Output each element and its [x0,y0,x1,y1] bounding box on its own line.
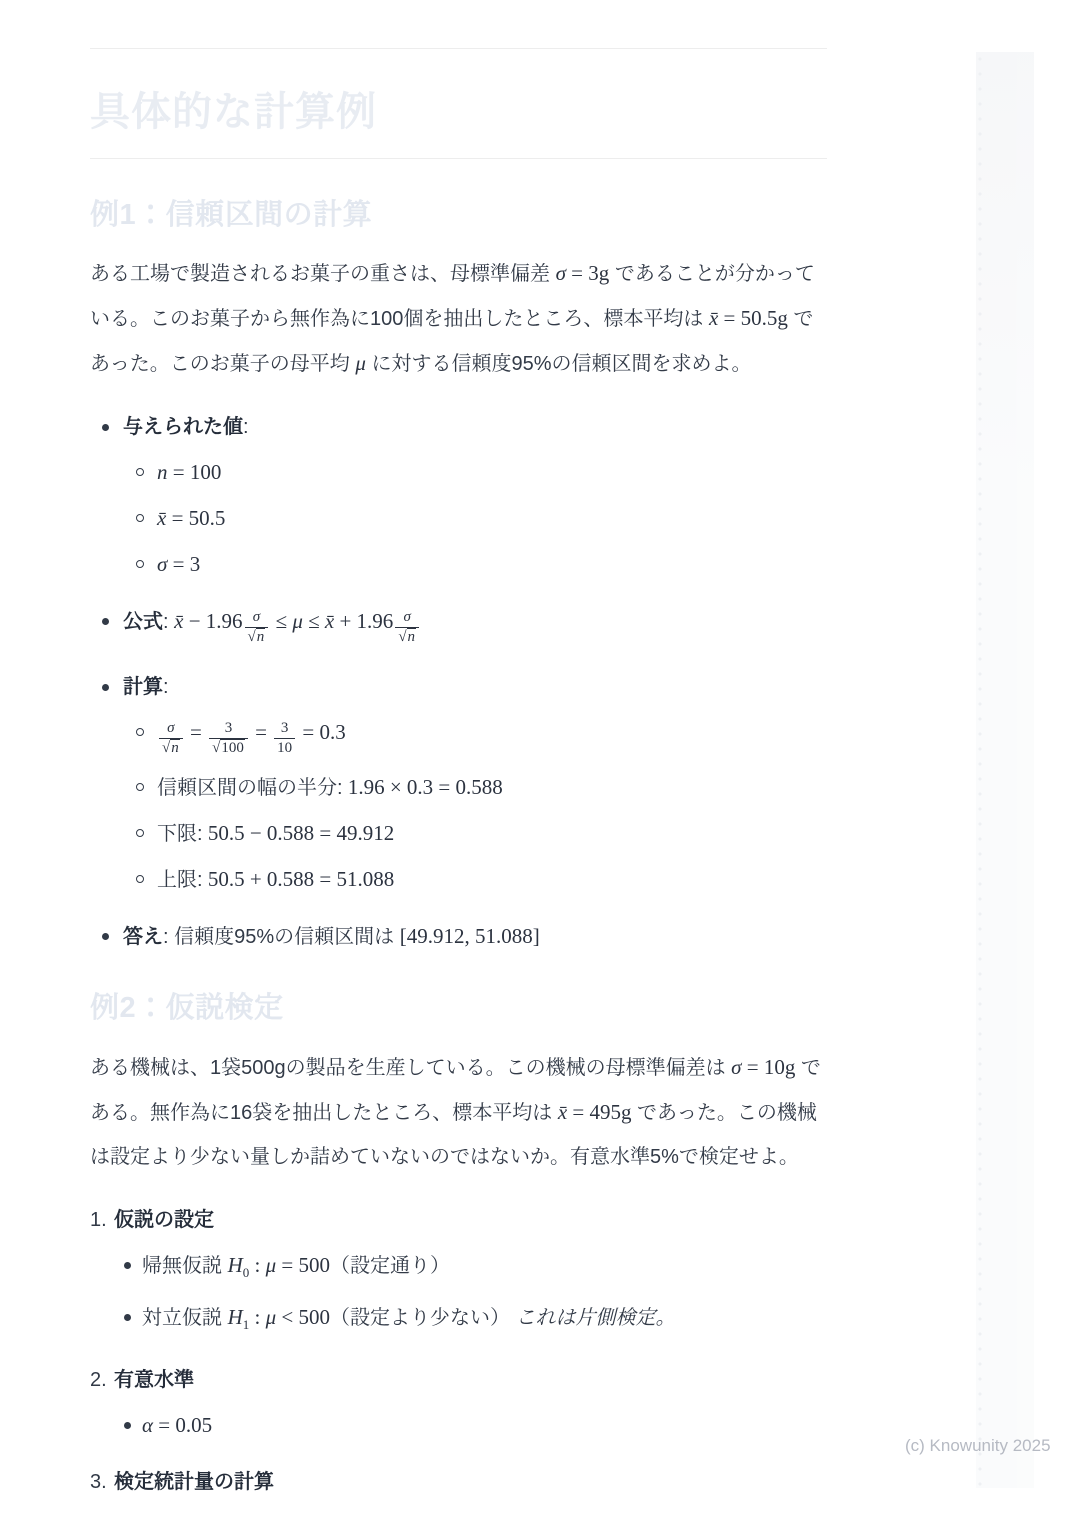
math-rest: = [185,720,207,744]
fraction-numerator: σ [159,720,183,739]
list-item-lower-bound: 下限: 50.5 − 0.588 = 49.912 [123,819,832,849]
radicand: 100 [220,739,245,756]
circle-bullet-icon [136,829,144,837]
example2-steps-list: 1.仮説の設定 帰無仮説 H0 : μ = 500（設定通り） 対立仮説 H1 … [90,1205,832,1497]
note-segment: （設定通り） [330,1255,450,1277]
math-var: x̄ [709,306,718,330]
list-item-alternative-hypothesis: 対立仮説 H1 : μ < 500（設定より少ない） これは片側検定。 [111,1303,832,1339]
math-var: H [228,1253,243,1277]
bullet-icon [124,1262,131,1269]
inline-math: σ = 3g [556,261,610,285]
calc-label: 計算 [123,676,163,698]
step-test-statistic: 3.検定統計量の計算 [90,1467,832,1497]
bullet-icon [124,1422,131,1429]
formula-label: 公式 [123,611,163,633]
math-rest: − 1.96 [183,609,242,633]
fraction: σ√n [245,609,269,647]
calc-row-label: 上限: [157,869,203,891]
fraction: σ√n [395,609,419,647]
math-var: α [142,1413,153,1437]
math-var: μ [292,609,303,633]
math-rest: + 1.96 [334,609,393,633]
note-segment: （設定より少ない） [330,1307,510,1329]
bullet-icon [102,684,109,691]
example1-list: 与えられた値: n = 100 x̄ = 50.5 σ = 3 公式: x̄ −… [90,412,832,952]
fraction-denominator: √n [395,628,419,646]
bullet-icon [102,933,109,940]
step-hypotheses: 1.仮説の設定 帰無仮説 H0 : μ = 500（設定通り） 対立仮説 H1 … [90,1205,832,1339]
top-divider [90,48,827,49]
math-var: σ [157,552,167,576]
calc-row-math: 50.5 − 0.588 = 49.912 [203,821,395,845]
step-label: 有意水準 [114,1369,194,1391]
step-label: 仮説の設定 [114,1209,214,1231]
list-item: σ = 3 [123,550,832,580]
math-rest: = 100 [168,460,222,484]
answer-interval: [49.912, 51.088] [400,924,540,948]
document-content: 具体的な計算例 例1：信頼区間の計算 ある工場で製造されるお菓子の重さは、母標準… [90,88,832,1497]
calc-sublist: σ√n = 3√100 = 310 = 0.3 信頼区間の幅の半分: 1.96 … [123,718,832,895]
math-var: σ [556,261,566,285]
given-colon: : [243,416,249,438]
math-rest: ≤ [270,609,292,633]
fraction-numerator: σ [395,609,419,628]
radical-sign: √ [398,629,406,645]
radicand: n [170,739,180,756]
list-item-alpha: α = 0.05 [111,1411,832,1441]
math-var: n [157,460,168,484]
list-item-given: 与えられた値: n = 100 x̄ = 50.5 σ = 3 [90,412,832,580]
math-rest: = 3 [167,552,200,576]
alpha-sublist: α = 0.05 [111,1411,832,1441]
inline-math: H0 : μ = 500 [228,1253,330,1277]
fraction-denominator: √100 [209,739,248,757]
text-segment: 対立仮説 [142,1307,228,1329]
fraction-numerator: 3 [209,720,248,739]
fraction-denominator: √n [245,628,269,646]
math-var: μ [266,1305,277,1329]
list-item-null-hypothesis: 帰無仮説 H0 : μ = 500（設定通り） [111,1251,832,1287]
copyright-footer: (c) Knowunity 2025 [905,1436,1051,1456]
inline-math: n = 100 [157,460,221,484]
circle-bullet-icon [136,875,144,883]
bullet-icon [124,1314,131,1321]
fraction: σ√n [159,720,183,758]
text-segment: ある機械は、1袋500gの製品を生産している。この機械の母標準偏差は [90,1057,731,1079]
fraction: 3√100 [209,720,248,758]
inline-math: α = 0.05 [142,1413,212,1437]
inline-math: μ [355,351,366,375]
section-heading-example2: 例2：仮説検定 [90,990,832,1026]
circle-bullet-icon [136,514,144,522]
list-item-half-width: 信頼区間の幅の半分: 1.96 × 0.3 = 0.588 [123,773,832,803]
math-rest: = 10g [742,1055,796,1079]
math-var: x̄ [558,1100,567,1124]
example1-problem-paragraph: ある工場で製造されるお菓子の重さは、母標準偏差 σ = 3g であることが分かっ… [90,251,832,386]
math-rest: = [250,720,272,744]
title-divider [90,158,827,159]
section-heading-example1: 例1：信頼区間の計算 [90,197,832,233]
fraction-numerator: σ [245,609,269,628]
example2-problem-paragraph: ある機械は、1袋500gの製品を生産している。この機械の母標準偏差は σ = 1… [90,1045,832,1179]
math-rest: < 500 [276,1305,330,1329]
fraction-denominator: √n [159,739,183,757]
circle-bullet-icon [136,783,144,791]
radical-sign: √ [248,629,256,645]
fraction-denominator: 10 [274,739,295,757]
text-segment: に対する信頼度95%の信頼区間を求めよ。 [366,353,752,375]
formula-colon: : [163,611,174,633]
bullet-icon [102,424,109,431]
answer-colon: : [163,926,174,948]
math-var: x̄ [325,609,334,633]
math-rest: = 3g [566,261,609,285]
inline-math: x̄ = 495g [558,1100,632,1124]
radical-sign: √ [162,740,170,756]
text-segment: 帰無仮説 [142,1255,228,1277]
step-number: 1. [90,1205,114,1235]
list-item-answer: 答え: 信頼度95%の信頼区間は [49.912, 51.088] [90,921,832,952]
list-item-formula: 公式: x̄ − 1.96σ√n ≤ μ ≤ x̄ + 1.96σ√n [90,606,832,646]
calc-row-math: 50.5 + 0.588 = 51.088 [203,867,395,891]
inline-math: H1 : μ < 500 [228,1305,330,1329]
radicand: n [407,628,417,645]
math-var: μ [266,1253,277,1277]
inline-math: σ = 10g [731,1055,795,1079]
answer-label: 答え [123,926,163,948]
given-sublist: n = 100 x̄ = 50.5 σ = 3 [123,458,832,580]
math-var: μ [355,351,366,375]
math-rest: ≤ [303,609,325,633]
circle-bullet-icon [136,468,144,476]
list-item: x̄ = 50.5 [123,504,832,534]
circle-bullet-icon [136,560,144,568]
math-var: x̄ [157,506,166,530]
calc-colon: : [163,676,169,698]
page-title: 具体的な計算例 [90,88,832,136]
math-rest: : [249,1253,265,1277]
fraction-numerator: 3 [274,720,295,739]
one-sided-test-note: これは片側検定。 [510,1307,676,1329]
math-rest: = 495g [567,1100,631,1124]
calc-row-label: 信頼区間の幅の半分: [157,777,343,799]
confidence-interval-formula: x̄ − 1.96σ√n ≤ μ ≤ x̄ + 1.96σ√n [174,609,421,633]
list-item: n = 100 [123,458,832,488]
standard-error-calculation: σ√n = 3√100 = 310 = 0.3 [157,720,346,744]
math-var: H [228,1305,243,1329]
inline-math: x̄ = 50.5g [709,306,788,330]
inline-math: σ = 3 [157,552,200,576]
math-rest: : [249,1305,265,1329]
bullet-icon [102,618,109,625]
step-label: 検定統計量の計算 [114,1471,274,1493]
list-item-standard-error: σ√n = 3√100 = 310 = 0.3 [123,718,832,757]
given-label: 与えられた値 [123,416,243,438]
document-page: 具体的な計算例 例1：信頼区間の計算 ある工場で製造されるお菓子の重さは、母標準… [0,0,1080,1528]
math-rest: = 50.5 [166,506,225,530]
hypotheses-sublist: 帰無仮説 H0 : μ = 500（設定通り） 対立仮説 H1 : μ < 50… [111,1251,832,1339]
circle-bullet-icon [136,728,144,736]
math-rest: = 0.3 [297,720,346,744]
math-rest: = 50.5g [718,306,788,330]
calc-row-label: 下限: [157,823,203,845]
list-item-upper-bound: 上限: 50.5 + 0.588 = 51.088 [123,865,832,895]
radicand: n [256,628,266,645]
math-rest: = 0.05 [153,1413,212,1437]
step-number: 3. [90,1467,114,1497]
fraction: 310 [274,720,295,758]
page-edge-decoration [976,52,1034,1488]
text-segment: ある工場で製造されるお菓子の重さは、母標準偏差 [90,263,556,285]
math-rest: = 500 [276,1253,330,1277]
answer-text: 信頼度95%の信頼区間は [174,926,400,948]
step-number: 2. [90,1365,114,1395]
inline-math: x̄ = 50.5 [157,506,225,530]
step-significance-level: 2.有意水準 α = 0.05 [90,1365,832,1441]
list-item-calc: 計算: σ√n = 3√100 = 310 = 0.3 信頼区間の幅の半分: 1… [90,672,832,895]
calc-row-math: 1.96 × 0.3 = 0.588 [343,775,503,799]
math-var: σ [731,1055,741,1079]
